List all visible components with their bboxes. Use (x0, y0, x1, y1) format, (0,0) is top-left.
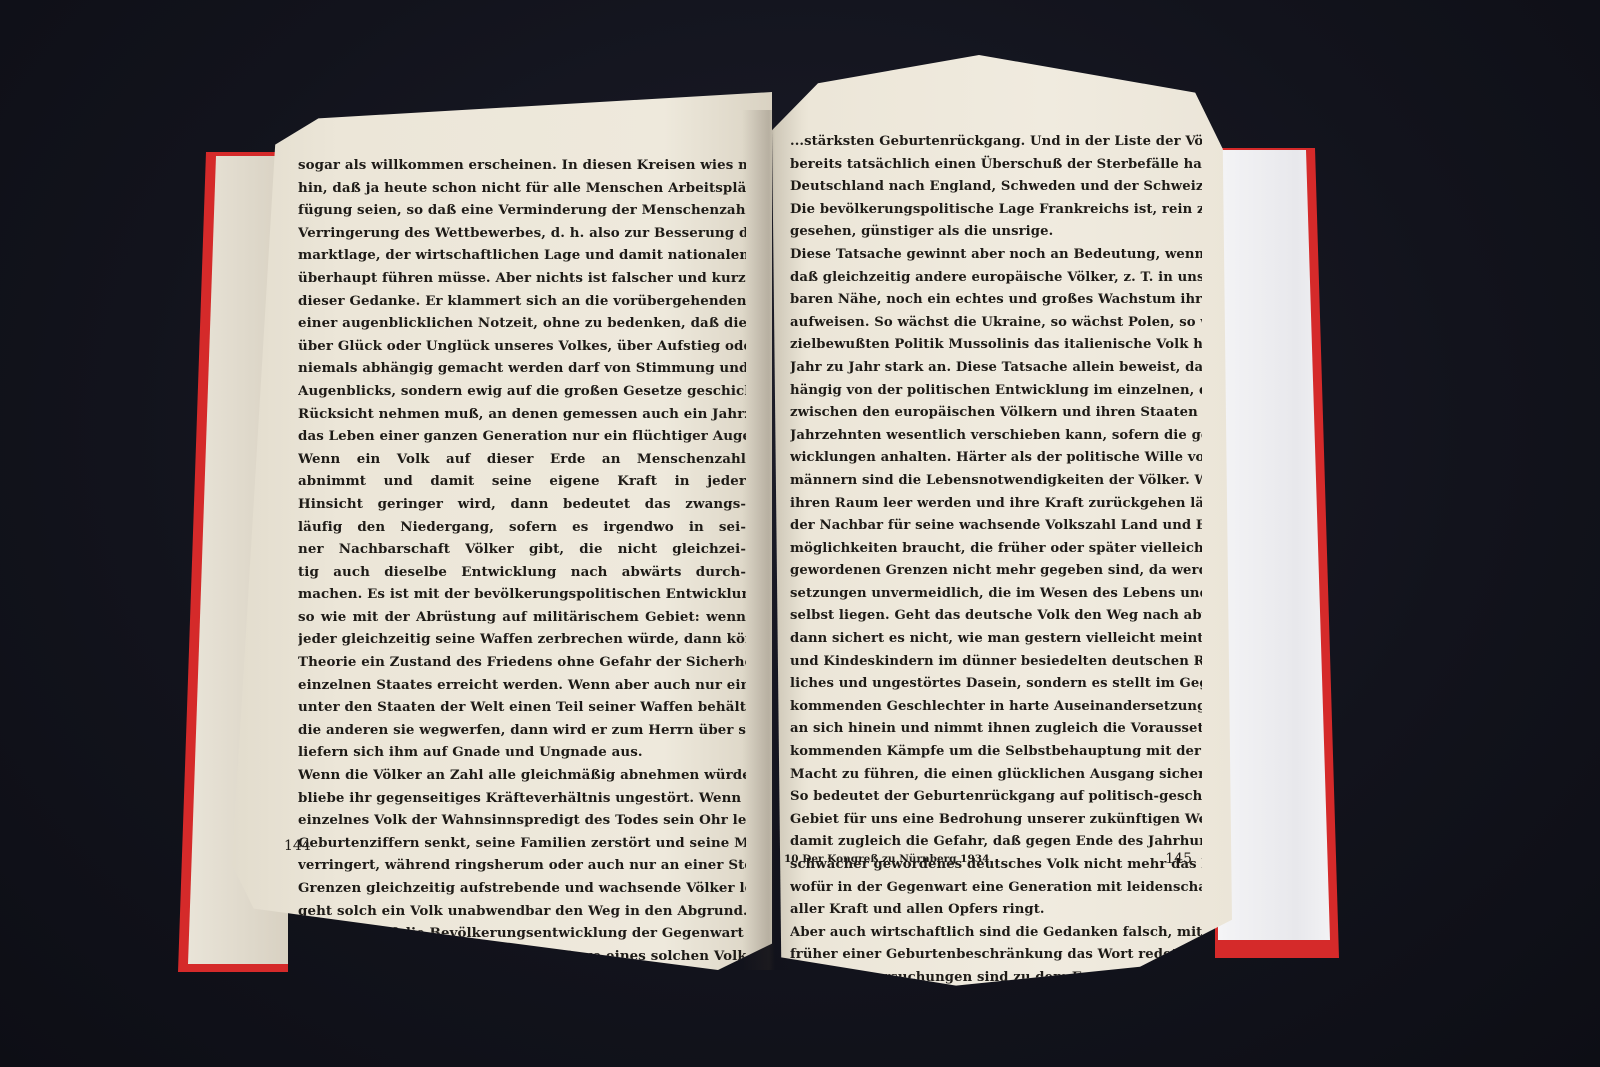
text-line: machen. Es ist mit der bevölkerungspolit… (298, 583, 746, 606)
text-line: Jahrzehnten wesentlich verschieben kann,… (790, 425, 1202, 448)
text-line: fügung seien, so daß eine Verminderung d… (298, 199, 746, 222)
text-line: verringert, während ringsherum oder auch… (298, 854, 746, 877)
right-page: ...stärksten Geburtenrückgang. Und in de… (772, 55, 1232, 995)
text-line: tig auch dieselbe Entwicklung nach abwär… (298, 561, 746, 584)
text-line: Macht zu führen, die einen glücklichen A… (790, 764, 1202, 787)
text-line: einer augenblicklichen Notzeit, ohne zu … (298, 312, 746, 335)
text-line: Zwar zeigen auch die meisten anderen eur… (298, 967, 746, 990)
text-line: wofür in der Gegenwart eine Generation m… (790, 877, 1202, 900)
text-line: schuld ist, unter der die Nachkriegszeit… (790, 1012, 1202, 1035)
text-line: liefern sich ihm auf Gnade und Ungnade a… (298, 741, 746, 764)
text-line: Theorie ein Zustand des Friedens ohne Ge… (298, 651, 746, 674)
left-page-text: sogar als willkommen erscheinen. In dies… (298, 154, 746, 1058)
text-line: gewordenen Grenzen nicht mehr gegeben si… (790, 560, 1202, 583)
text-line: hängig von der politischen Entwicklung i… (790, 380, 1202, 403)
text-line: aller Kraft und allen Opfers ringt. (790, 899, 1202, 922)
text-line: bliebe ihr gegenseitiges Kräfteverhältni… (298, 787, 746, 810)
text-line: geht solch ein Volk unabwendbar den Weg … (298, 900, 746, 923)
text-line: läufige Geburtenentwicklung. Aber das Te… (298, 990, 746, 1013)
text-line: stische Untersuchungen sind zu dem Ergeb… (790, 967, 1202, 990)
text-line: Aber auch wirtschaftlich sind die Gedank… (790, 922, 1202, 945)
text-line: Deutschland nach England, Schweden und d… (790, 176, 1202, 199)
text-line: hin, daß ja heute schon nicht für alle M… (298, 177, 746, 200)
text-line: und Kindeskindern im dünner besiedelten … (790, 651, 1202, 674)
text-line: dann sichert es nicht, wie man gestern v… (790, 628, 1202, 651)
text-line: Wenn die Völker an Zahl alle gleichmäßig… (298, 764, 746, 787)
text-line: Rücksicht nehmen muß, an denen gemessen … (298, 403, 746, 426)
text-line: einzelnes Volk der Wahnsinnspredigt des … (298, 809, 746, 832)
text-line: unter den Staaten der Welt einen Teil se… (298, 696, 746, 719)
text-line: Hinsicht geringer wird, dann bedeutet da… (298, 493, 746, 516)
text-line: der Nachbar für seine wachsende Volkszah… (790, 515, 1202, 538)
text-line: selbst liegen. Geht das deutsche Volk de… (790, 605, 1202, 628)
text-line: baren Nähe, noch ein echtes und großes W… (790, 289, 1202, 312)
text-line: bereits tatsächlich einen Überschuß der … (790, 154, 1202, 177)
text-line: kommenden Geschlechter in harte Auseinan… (790, 696, 1202, 719)
text-line: in Deutschland vermindern, übertrifft da… (298, 1013, 746, 1036)
right-page-text: ...stärksten Geburtenrückgang. Und in de… (790, 131, 1202, 1035)
text-line: einzelnen Staates erreicht werden. Wenn … (298, 674, 746, 697)
text-line: Grenzen gleichzeitig aufstrebende und wa… (298, 877, 746, 900)
text-line: das Leben einer ganzen Generation nur ei… (298, 425, 746, 448)
text-line: dieser Gedanke. Er klammert sich an die … (298, 290, 746, 313)
text-line: zwischen den europäischen Völkern und ih… (790, 402, 1202, 425)
text-line: setzungen unvermeidlich, die im Wesen de… (790, 583, 1202, 606)
text-line: zielbewußten Politik Mussolinis das ital… (790, 334, 1202, 357)
text-line: kommenden Kämpfe um die Selbstbehauptung… (790, 741, 1202, 764)
text-line: marktlage, der wirtschaftlichen Lage und… (298, 244, 746, 267)
text-line: ...stärksten Geburtenrückgang. Und in de… (790, 131, 1202, 154)
text-line: läufig den Niedergang, sofern es irgendw… (298, 516, 746, 539)
text-line: Ein Blick auf die Bevölkerungsentwicklun… (298, 922, 746, 945)
left-page: sogar als willkommen erscheinen. In dies… (232, 92, 772, 970)
page-number-left: 144 (284, 838, 311, 854)
text-line: an sich hinein und nimmt ihnen zugleich … (790, 718, 1202, 741)
page-number-right: 145 (1165, 851, 1192, 867)
text-line: früher einer Geburtenbeschränkung das Wo… (790, 944, 1202, 967)
text-line: Augenblicks, sondern ewig auf die großen… (298, 380, 746, 403)
text-line: Das deutsche Volk im Reich und in Österr… (298, 1035, 746, 1058)
text-line: jeder gleichzeitig seine Waffen zerbrech… (298, 628, 746, 651)
text-line: abnimmt und damit seine eigene Kraft in … (298, 470, 746, 493)
text-line: niemals abhängig gemacht werden darf von… (298, 357, 746, 380)
text-line: Diese Tatsache gewinnt aber noch an Bede… (790, 244, 1202, 267)
text-line: liches und ungestörtes Dasein, sondern e… (790, 673, 1202, 696)
text-line: Die bevölkerungspolitische Lage Frankrei… (790, 199, 1202, 222)
text-line: daß Deutschland sich heute in der Lage e… (298, 945, 746, 968)
text-line: wicklungen anhalten. Härter als der poli… (790, 447, 1202, 470)
text-line: so wie mit der Abrüstung auf militärisch… (298, 606, 746, 629)
text-line: sogar als willkommen erscheinen. In dies… (298, 154, 746, 177)
text-line: überhaupt führen müsse. Aber nichts ist … (298, 267, 746, 290)
text-line: So bedeutet der Geburtenrückgang auf pol… (790, 786, 1202, 809)
text-line: Gebiet für uns eine Bedrohung unserer zu… (790, 809, 1202, 832)
signature-footer: 10 Der Kongreß zu Nürnberg 1934 (784, 853, 989, 865)
text-line: damit zugleich die Gefahr, daß gegen End… (790, 831, 1202, 854)
text-line: die anderen sie wegwerfen, dann wird er … (298, 719, 746, 742)
text-line: Jahr zu Jahr stark an. Diese Tatsache al… (790, 357, 1202, 380)
text-line: männern sind die Lebensnotwendigkeiten d… (790, 470, 1202, 493)
text-line: gang der Kinderzahlen zu einem guten Tei… (790, 990, 1202, 1013)
text-line: möglichkeiten braucht, die früher oder s… (790, 538, 1202, 561)
text-line: Wenn ein Volk auf dieser Erde an Mensche… (298, 448, 746, 471)
text-line: gesehen, günstiger als die unsrige. (790, 221, 1202, 244)
book-gutter (742, 110, 802, 970)
text-line: Geburtenziffern senkt, seine Familien ze… (298, 832, 746, 855)
text-line: ihren Raum leer werden und ihre Kraft zu… (790, 493, 1202, 516)
text-line: Verringerung des Wettbewerbes, d. h. als… (298, 222, 746, 245)
text-line: über Glück oder Unglück unseres Volkes, … (298, 335, 746, 358)
text-line: ner Nachbarschaft Völker gibt, die nicht… (298, 538, 746, 561)
text-line: aufweisen. So wächst die Ukraine, so wäc… (790, 312, 1202, 335)
text-line: daß gleichzeitig andere europäische Völk… (790, 267, 1202, 290)
